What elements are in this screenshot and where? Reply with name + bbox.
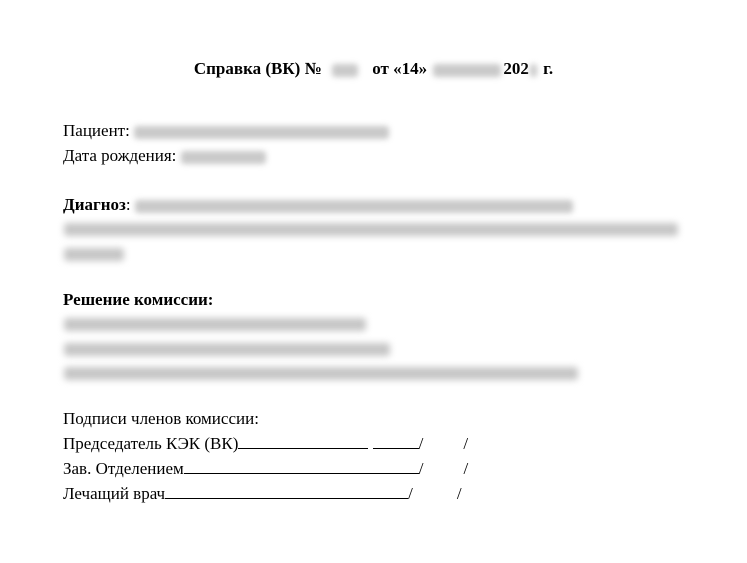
signature-row-attending-physician: Лечащий врач//	[63, 483, 462, 503]
birth-date-line: Дата рождения:	[63, 146, 266, 166]
signature-row-chairman: Председатель КЭК (ВК) //	[63, 433, 468, 453]
signature-slash-2: /	[457, 484, 462, 504]
diagnosis-line: Диагноз:	[63, 195, 573, 215]
document-page: Справка (ВК) № от «14» 202 г. Пациент: Д…	[0, 0, 747, 563]
signature-slash-1: /	[419, 434, 424, 454]
decision-heading: Решение комиссии:	[63, 290, 213, 310]
signature-label-head-of-department: Зав. Отделением	[63, 459, 184, 478]
title-year-unit: г.	[543, 59, 553, 78]
signature-slash-1: /	[419, 459, 424, 479]
patient-line: Пациент:	[63, 121, 389, 141]
signature-field-head-of-department[interactable]	[184, 458, 419, 474]
signature-slash-2: /	[463, 434, 468, 454]
signature-label-attending-physician: Лечащий врач	[63, 484, 165, 503]
title-prefix: Справка (ВК) №	[194, 59, 322, 78]
signature-slash-2: /	[464, 459, 469, 479]
birth-date-label: Дата рождения:	[63, 146, 176, 165]
redacted-decision-item-2	[64, 343, 390, 356]
redacted-patient-name	[134, 126, 389, 139]
redacted-decision-item-1	[64, 318, 366, 331]
signature-name-field-chairman[interactable]	[373, 433, 419, 449]
title-year-prefix: 202	[503, 59, 529, 78]
signature-field-attending-physician[interactable]	[165, 483, 408, 499]
signature-row-head-of-department: Зав. Отделением//	[63, 458, 468, 478]
patient-label: Пациент:	[63, 121, 130, 140]
signatures-heading: Подписи членов комиссии:	[63, 409, 259, 429]
title-day: «14»	[393, 59, 427, 78]
title-from-label: от	[372, 59, 389, 78]
redacted-diagnosis-line-3	[64, 248, 124, 261]
document-title: Справка (ВК) № от «14» 202 г.	[0, 58, 747, 80]
redacted-diagnosis-line-1	[135, 200, 573, 213]
redacted-diagnosis-line-2	[64, 223, 678, 236]
signature-slash-1: /	[408, 484, 413, 504]
redacted-decision-item-3	[64, 367, 578, 380]
redacted-month	[433, 64, 501, 77]
redacted-year-digit	[530, 64, 537, 77]
signature-label-chairman: Председатель КЭК (ВК)	[63, 434, 238, 453]
diagnosis-separator: :	[126, 195, 131, 214]
signature-field-chairman[interactable]	[238, 433, 368, 449]
diagnosis-label: Диагноз	[63, 195, 126, 214]
redacted-birth-date	[181, 151, 266, 164]
redacted-certificate-number	[332, 64, 358, 77]
